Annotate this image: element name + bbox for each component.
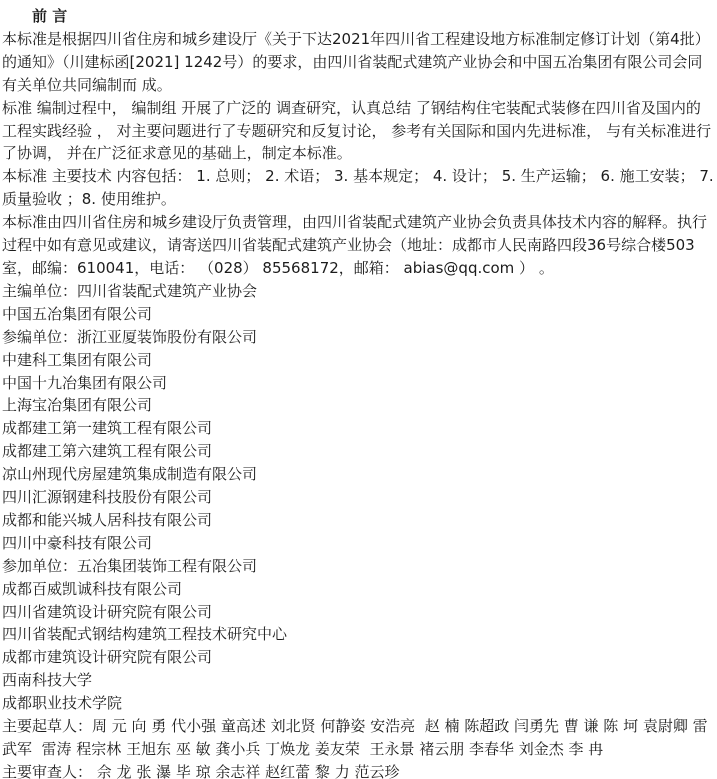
paragraph-contents: 本标准 主要技术 内容包括： 1. 总则； 2. 术语； 3. 基本规定； 4.…: [2, 165, 715, 211]
unit-line: 成都市建筑设计研究院有限公司: [2, 646, 715, 669]
unit-line: 成都百威凯诚科技有限公司: [2, 578, 715, 601]
unit-name: 四川省装配式建筑产业协会: [77, 282, 257, 300]
unit-line: 成都建工第六建筑工程有限公司: [2, 440, 715, 463]
unit-line: 中国五冶集团有限公司: [2, 303, 715, 326]
drafters-line: 主要起草人：周 元 向 勇 代小强 童高述 刘北贤 何静姿 安浩亮 赵 楠 陈超…: [2, 715, 715, 761]
unit-line: 成都建工第一建筑工程有限公司: [2, 417, 715, 440]
reviewers-names: 佘 龙 张 瀑 毕 琼 余志祥 赵红蕾 黎 力 范云珍: [92, 763, 399, 779]
join-units-label: 参加单位：: [2, 557, 77, 575]
paragraph-drafting-process: 标准 编制过程中， 编制组 开展了广泛的 调查研究，认真总结 了钢结构住宅装配式…: [2, 97, 715, 166]
unit-line: 成都和能兴城人居科技有限公司: [2, 509, 715, 532]
chief-units-line: 主编单位：四川省装配式建筑产业协会: [2, 280, 715, 303]
paragraph-basis: 本标准是根据四川省住房和城乡建设厅《关于下达2021年四川省工程建设地方标准制定…: [2, 28, 715, 97]
document-title: 前 言: [32, 5, 715, 28]
drafters-label: 主要起草人：: [2, 717, 92, 735]
co-units-line: 参编单位：浙江亚厦装饰股份有限公司: [2, 326, 715, 349]
unit-line: 凉山州现代房屋建筑集成制造有限公司: [2, 463, 715, 486]
join-units-line: 参加单位：五冶集团装饰工程有限公司: [2, 555, 715, 578]
unit-line: 成都职业技术学院: [2, 692, 715, 715]
unit-line: 四川汇源钢建科技股份有限公司: [2, 486, 715, 509]
chief-units-label: 主编单位：: [2, 282, 77, 300]
reviewers-label: 主要审查人：: [2, 763, 92, 779]
unit-line: 四川省建筑设计研究院有限公司: [2, 601, 715, 624]
unit-name: 五冶集团装饰工程有限公司: [77, 557, 257, 575]
unit-name: 浙江亚厦装饰股份有限公司: [77, 328, 257, 346]
unit-line: 上海宝冶集团有限公司: [2, 394, 715, 417]
paragraph-management-contact: 本标准由四川省住房和城乡建设厅负责管理，由四川省装配式建筑产业协会负责具体技术内…: [2, 211, 715, 280]
drafters-names: 周 元 向 勇 代小强 童高述 刘北贤 何静姿 安浩亮 赵 楠 陈超政 闫勇先 …: [2, 717, 708, 758]
unit-line: 四川省装配式钢结构建筑工程技术研究中心: [2, 623, 715, 646]
unit-line: 西南科技大学: [2, 669, 715, 692]
reviewers-line: 主要审查人： 佘 龙 张 瀑 毕 琼 余志祥 赵红蕾 黎 力 范云珍: [2, 761, 715, 779]
co-units-label: 参编单位：: [2, 328, 77, 346]
document-page: 前 言 本标准是根据四川省住房和城乡建设厅《关于下达2021年四川省工程建设地方…: [0, 0, 717, 779]
unit-line: 四川中豪科技有限公司: [2, 532, 715, 555]
unit-line: 中国十九冶集团有限公司: [2, 372, 715, 395]
unit-line: 中建科工集团有限公司: [2, 349, 715, 372]
